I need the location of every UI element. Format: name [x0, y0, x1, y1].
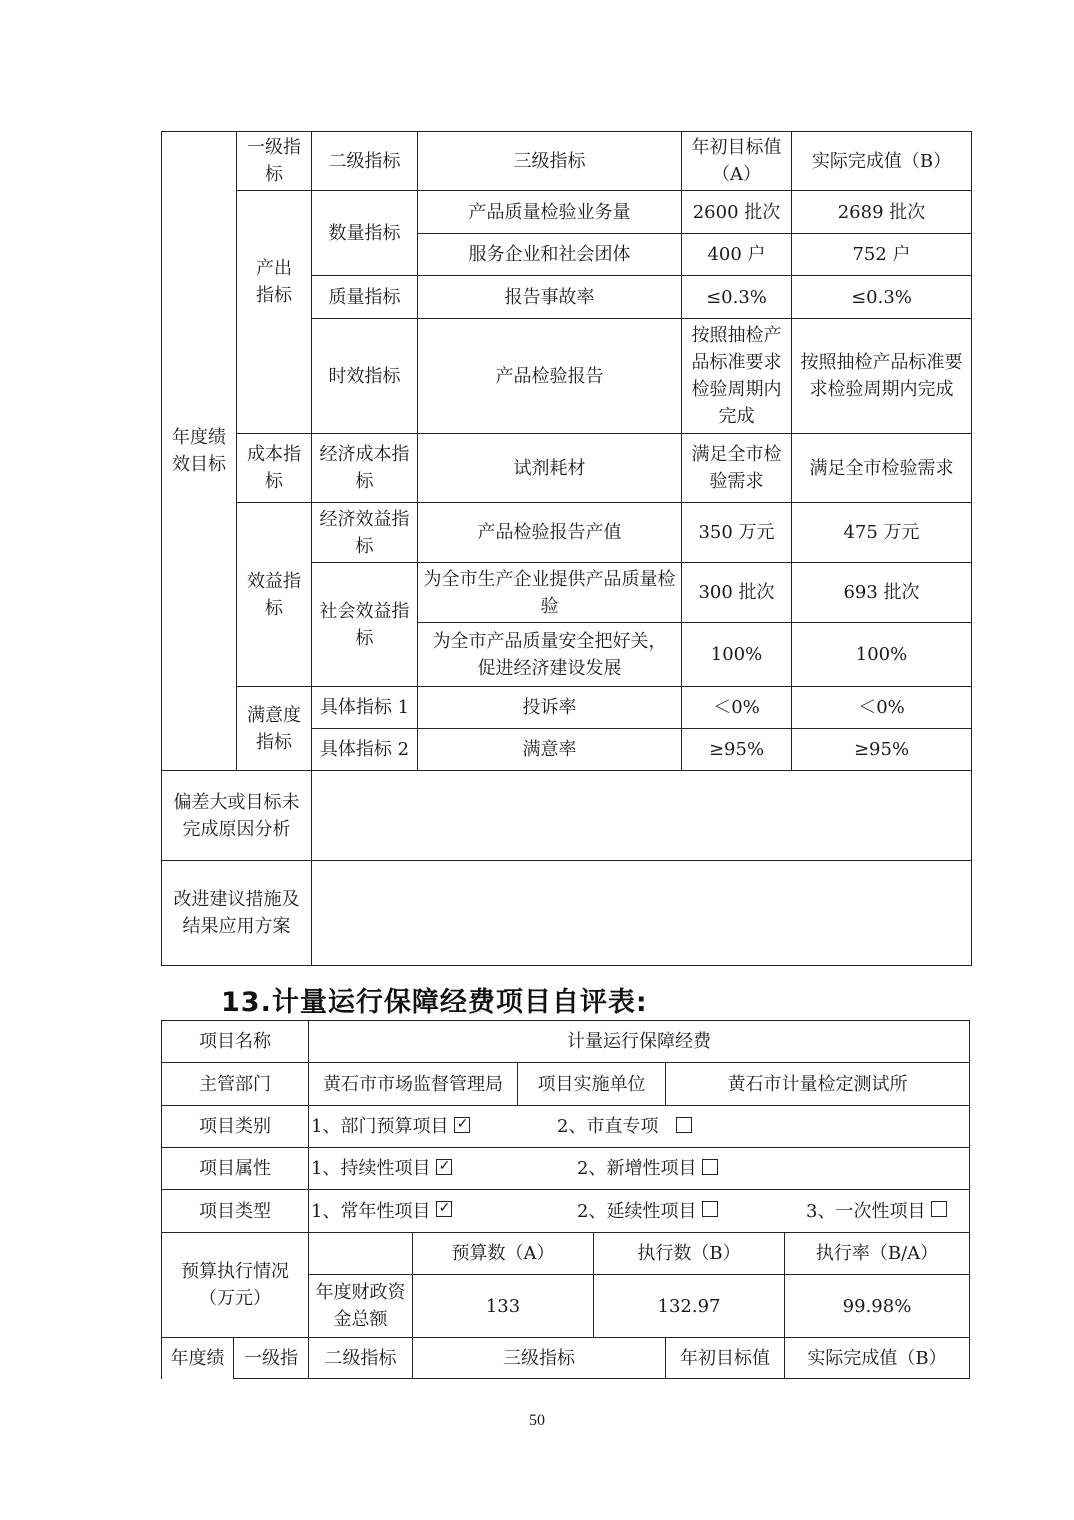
table-row-1-level3: 服务企业和社会团体: [417, 233, 682, 276]
improvement-label: 改进建议措施及结果应用方案: [161, 860, 312, 966]
type-option-3[interactable]: 3、一次性项目: [806, 1190, 947, 1232]
budget-row-budget: 133: [412, 1274, 594, 1338]
attribute-label: 项目属性: [161, 1147, 309, 1190]
table-row-4-actual: 满足全市检验需求: [791, 433, 972, 503]
table-row-8-actual: ＜0%: [791, 686, 972, 729]
deviation-value: [311, 770, 972, 861]
impl-label: 项目实施单位: [517, 1062, 666, 1106]
checkbox-checked-icon[interactable]: ✓: [454, 1117, 470, 1133]
table-row-2-target: ≤0.3%: [681, 275, 792, 319]
table-row-0-target: 2600 批次: [681, 190, 792, 234]
table-row-7-level3: 为全市产品质量安全把好关，促进经济建设发展: [417, 622, 682, 687]
level1-satisfaction: 满意度指标: [236, 686, 312, 771]
improvement-value: [311, 860, 972, 966]
header-level3: 三级指标: [417, 131, 682, 191]
budget-header-executed: 执行数（B）: [593, 1232, 785, 1275]
budget-row-rate: 99.98%: [784, 1274, 970, 1338]
table-row-6-target: 300 批次: [681, 562, 792, 623]
table-row-6-level3: 为全市生产企业提供产品质量检验: [417, 562, 682, 623]
table-row-7-target: 100%: [681, 622, 792, 687]
table-row-5-target: 350 万元: [681, 502, 792, 563]
checkbox-unchecked-icon[interactable]: [676, 1117, 692, 1133]
category-label: 项目类别: [161, 1105, 309, 1148]
table-row-5-level3: 产品检验报告产值: [417, 502, 682, 563]
attribute-option-2[interactable]: 2、新增性项目: [577, 1148, 718, 1189]
attribute-option-1[interactable]: 1、持续性项目 ✓: [311, 1148, 452, 1189]
perf-header-col3: 三级指标: [412, 1337, 666, 1379]
table-row-1-actual: 752 户: [791, 233, 972, 276]
dept-value: 黄石市市场监督管理局: [308, 1062, 518, 1106]
level2-timeliness: 时效指标: [311, 318, 418, 434]
header-target: 年初目标值（A）: [681, 131, 792, 191]
table-row-2-level3: 报告事故率: [417, 275, 682, 319]
annual-goal-label: 年度绩效目标: [161, 131, 237, 771]
budget-header-blank: [308, 1232, 413, 1275]
attribute-options: 1、持续性项目 ✓ 2、新增性项目: [308, 1147, 970, 1190]
table-row-9-actual: ≥95%: [791, 728, 972, 771]
level2-quality: 质量指标: [311, 275, 418, 319]
table-row-0-level3: 产品质量检验业务量: [417, 190, 682, 234]
level2-economic-benefit: 经济效益指标: [311, 502, 418, 563]
dept-label: 主管部门: [161, 1062, 309, 1106]
budget-header-rate: 执行率（B/A）: [784, 1232, 970, 1275]
table-row-0-actual: 2689 批次: [791, 190, 972, 234]
impl-value: 黄石市计量检定测试所: [665, 1062, 970, 1106]
type-label: 项目类型: [161, 1189, 309, 1233]
table-row-4-level3: 试剂耗材: [417, 433, 682, 503]
level2-specific1: 具体指标 1: [311, 686, 418, 729]
budget-row-label: 年度财政资金总额: [308, 1274, 413, 1338]
perf-header-col4: 年初目标值: [665, 1337, 785, 1379]
level1-cost: 成本指标: [236, 433, 312, 503]
category-option-1[interactable]: 1、部门预算项目 ✓: [311, 1106, 470, 1147]
table-row-8-target: ＜0%: [681, 686, 792, 729]
header-level1: 一级指标: [236, 131, 312, 191]
page-number: 50: [0, 1412, 1074, 1430]
type-options: 1、常年性项目 ✓ 2、延续性项目 3、一次性项目: [308, 1189, 970, 1233]
checkbox-unchecked-icon[interactable]: [702, 1159, 718, 1175]
checkbox-unchecked-icon[interactable]: [702, 1201, 718, 1217]
type-option-1[interactable]: 1、常年性项目 ✓: [311, 1190, 452, 1232]
table-row-5-actual: 475 万元: [791, 502, 972, 563]
header-level2: 二级指标: [311, 131, 418, 191]
level2-social-benefit: 社会效益指标: [311, 562, 418, 687]
table-row-3-target: 按照抽检产品标准要求检验周期内完成: [681, 318, 792, 434]
category-options: 1、部门预算项目 ✓ 2、市直专项: [308, 1105, 970, 1148]
budget-label: 预算执行情况（万元）: [161, 1232, 309, 1338]
deviation-label: 偏差大或目标未完成原因分析: [161, 770, 312, 861]
category-option-2[interactable]: 2、市直专项: [557, 1106, 692, 1147]
checkbox-checked-icon[interactable]: ✓: [436, 1159, 452, 1175]
table-row-1-target: 400 户: [681, 233, 792, 276]
table-row-2-actual: ≤0.3%: [791, 275, 972, 319]
perf-header-col5: 实际完成值（B）: [784, 1337, 970, 1379]
table-row-9-level3: 满意率: [417, 728, 682, 771]
budget-header-budget: 预算数（A）: [412, 1232, 594, 1275]
table-row-3-actual: 按照抽检产品标准要求检验周期内完成: [791, 318, 972, 434]
checkbox-unchecked-icon[interactable]: [931, 1201, 947, 1217]
table-row-7-actual: 100%: [791, 622, 972, 687]
level1-output: 产出指标: [236, 190, 312, 434]
project-name-label: 项目名称: [161, 1020, 309, 1063]
perf-header-col1: 一级指: [233, 1337, 309, 1379]
perf-header-col2: 二级指标: [308, 1337, 413, 1379]
level1-benefit: 效益指标: [236, 502, 312, 687]
budget-row-executed: 132.97: [593, 1274, 785, 1338]
level2-economic-cost: 经济成本指标: [311, 433, 418, 503]
header-actual: 实际完成值（B）: [791, 131, 972, 191]
perf-header-col0: 年度绩: [161, 1337, 234, 1379]
table-row-3-level3: 产品检验报告: [417, 318, 682, 434]
checkbox-checked-icon[interactable]: ✓: [436, 1201, 452, 1217]
table-row-9-target: ≥95%: [681, 728, 792, 771]
type-option-2[interactable]: 2、延续性项目: [577, 1190, 718, 1232]
table-row-6-actual: 693 批次: [791, 562, 972, 623]
level2-quantity: 数量指标: [311, 190, 418, 276]
table-row-8-level3: 投诉率: [417, 686, 682, 729]
level2-specific2: 具体指标 2: [311, 728, 418, 771]
table-row-4-target: 满足全市检验需求: [681, 433, 792, 503]
project-name-value: 计量运行保障经费: [308, 1020, 970, 1063]
section-title: 13.计量运行保障经费项目自评表:: [221, 980, 648, 1019]
